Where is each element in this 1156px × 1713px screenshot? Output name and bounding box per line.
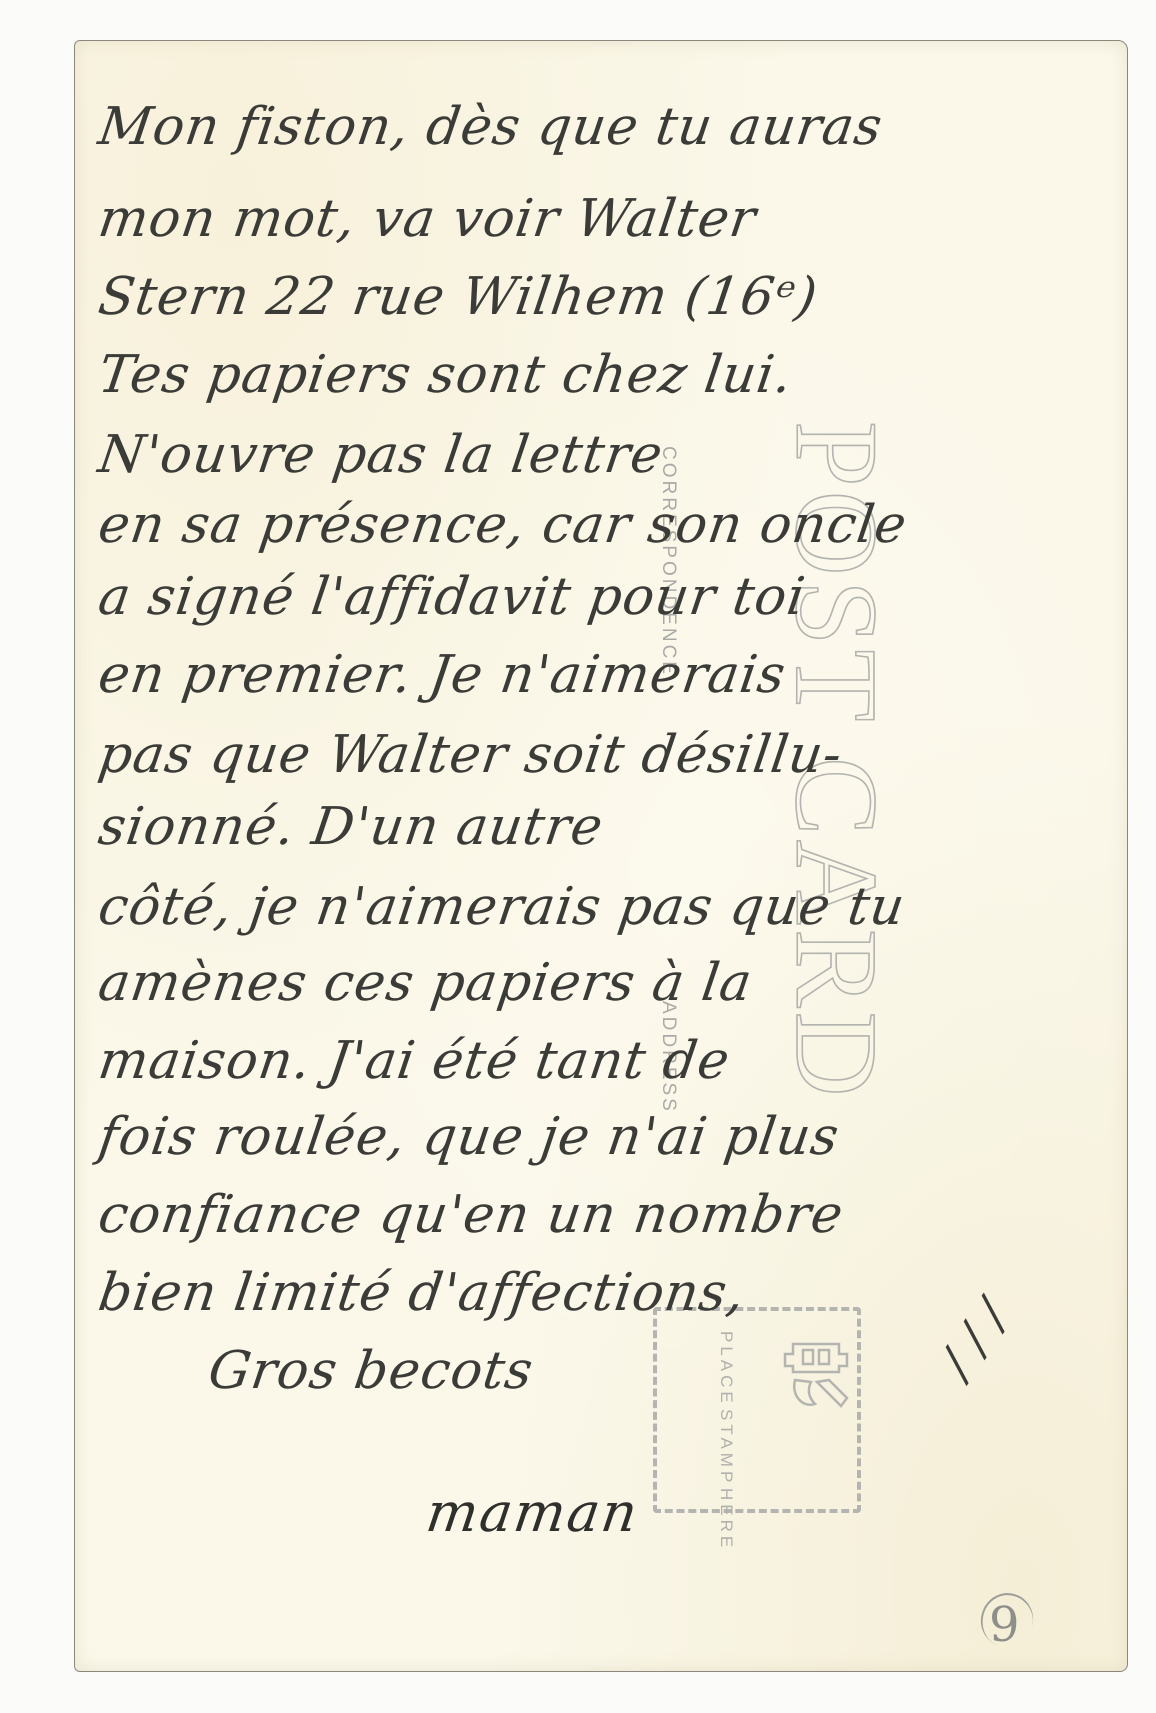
stamp-text-place: PLACE <box>715 1331 737 1407</box>
letter-line: en premier. Je n'aimerais <box>95 645 790 705</box>
stamp-text-here: HERE <box>715 1488 737 1551</box>
letter-line: pas que Walter soit désillu- <box>95 725 846 785</box>
publisher-logo-icon <box>781 1336 851 1416</box>
letter-line: confiance qu'en un nombre <box>95 1185 848 1245</box>
letter-line: a signé l'affidavit pour toi <box>95 567 809 627</box>
letter-line: Stern 22 rue Wilhem (16ᵉ) <box>95 267 822 327</box>
postcard: POST CARD CORRESPONDENCE ADDRESS PLACE S… <box>74 40 1128 1672</box>
letter-line: Mon fiston, dès que tu auras <box>95 97 887 157</box>
stamp-text-stamp: STAMP <box>715 1409 737 1486</box>
signature: maman <box>423 1481 643 1544</box>
letter-closing: Gros becots <box>205 1341 537 1401</box>
letter-line: fois roulée, que je n'ai plus <box>95 1107 843 1167</box>
correspondence-label: CORRESPONDENCE <box>657 446 679 677</box>
letter-line: bien limité d'affections, <box>95 1263 749 1323</box>
scan-page: POST CARD CORRESPONDENCE ADDRESS PLACE S… <box>0 0 1156 1713</box>
stamp-instructions: PLACE STAMP HERE <box>715 1331 737 1551</box>
letter-line: en sa présence, car son oncle <box>95 495 911 555</box>
letter-line: maison. J'ai été tant de <box>95 1031 734 1091</box>
letter-line: Tes papiers sont chez lui. <box>95 345 797 405</box>
closing-flourish: / / / <box>929 1291 1020 1388</box>
pencil-page-number: 9 <box>989 1597 1020 1653</box>
letter-line: N'ouvre pas la lettre <box>95 425 667 485</box>
letter-line: côté, je n'aimerais pas que tu <box>95 877 909 937</box>
letter-line: sionné. D'un autre <box>95 797 607 857</box>
letter-line: mon mot, va voir Walter <box>95 189 760 249</box>
letter-line: amènes ces papiers à la <box>95 953 756 1013</box>
